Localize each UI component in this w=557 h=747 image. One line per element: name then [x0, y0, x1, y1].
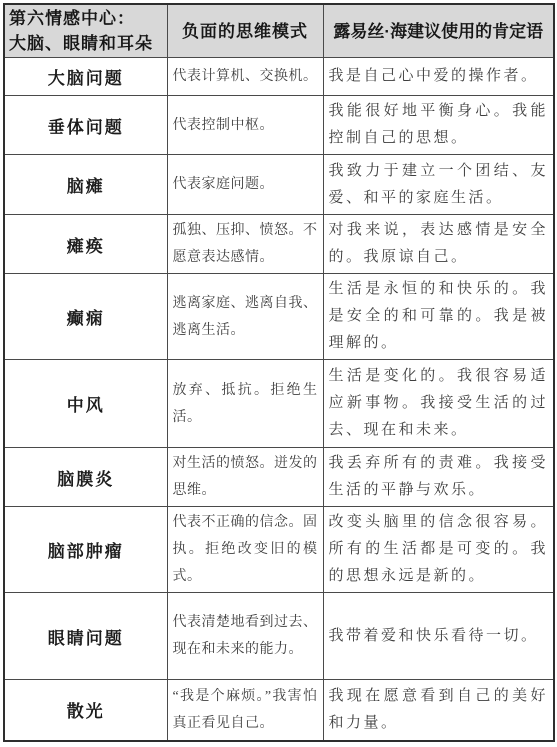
condition-cell: 眼睛问题: [4, 593, 167, 680]
negative-pattern-cell: 对生活的愤怒。迸发的思维。: [167, 448, 323, 507]
header-affirmation: 露易丝·海建议使用的肯定语: [323, 4, 554, 58]
scanned-document-page: 第六情感中心： 大脑、眼睛和耳朵 负面的思维模式 露易丝·海建议使用的肯定语 大…: [0, 0, 557, 747]
condition-cell: 垂体问题: [4, 96, 167, 155]
condition-cell: 脑膜炎: [4, 448, 167, 507]
negative-pattern-cell: 代表家庭问题。: [167, 155, 323, 215]
affirmation-cell: 我是自己心中爱的操作者。: [323, 58, 554, 96]
negative-pattern-cell: 代表清楚地看到过去、现在和未来的能力。: [167, 593, 323, 680]
negative-pattern-cell: 代表不正确的信念。固执。拒绝改变旧的模式。: [167, 507, 323, 593]
condition-cell: 脑瘫: [4, 155, 167, 215]
affirmation-cell: 我能很好地平衡身心。我能控制自己的思想。: [323, 96, 554, 155]
condition-cell: 瘫痪: [4, 215, 167, 274]
table-row: 垂体问题 代表控制中枢。 我能很好地平衡身心。我能控制自己的思想。: [4, 96, 554, 155]
header-emotional-center: 第六情感中心： 大脑、眼睛和耳朵: [4, 4, 167, 58]
table-row: 中风 放弃、抵抗。拒绝生活。 生活是变化的。我很容易适应新事物。我接受生活的过去…: [4, 360, 554, 448]
header-negative-pattern: 负面的思维模式: [167, 4, 323, 58]
affirmation-cell: 改变头脑里的信念很容易。所有的生活都是可变的。我的思想永远是新的。: [323, 507, 554, 593]
affirmation-cell: 对我来说，表达感情是安全的。我原谅自己。: [323, 215, 554, 274]
negative-pattern-cell: “我是个麻烦。”我害怕真正看见自己。: [167, 680, 323, 741]
negative-pattern-cell: 逃离家庭、逃离自我、逃离生活。: [167, 274, 323, 360]
affirmation-cell: 我现在愿意看到自己的美好和力量。: [323, 680, 554, 741]
table-row: 脑瘫 代表家庭问题。 我致力于建立一个团结、友爱、和平的家庭生活。: [4, 155, 554, 215]
affirmation-cell: 生活是变化的。我很容易适应新事物。我接受生活的过去、现在和未来。: [323, 360, 554, 448]
affirmation-cell: 我致力于建立一个团结、友爱、和平的家庭生活。: [323, 155, 554, 215]
condition-cell: 脑部肿瘤: [4, 507, 167, 593]
table-header-row: 第六情感中心： 大脑、眼睛和耳朵 负面的思维模式 露易丝·海建议使用的肯定语: [4, 4, 554, 58]
affirmation-cell: 我丢弃所有的责难。我接受生活的平静与欢乐。: [323, 448, 554, 507]
table-row: 眼睛问题 代表清楚地看到过去、现在和未来的能力。 我带着爱和快乐看待一切。: [4, 593, 554, 680]
table-row: 癫痫 逃离家庭、逃离自我、逃离生活。 生活是永恒的和快乐的。我是安全的和可靠的。…: [4, 274, 554, 360]
condition-cell: 中风: [4, 360, 167, 448]
table-row: 瘫痪 孤独、压抑、愤怒。不愿意表达感情。 对我来说，表达感情是安全的。我原谅自己…: [4, 215, 554, 274]
condition-cell: 散光: [4, 680, 167, 741]
affirmations-table: 第六情感中心： 大脑、眼睛和耳朵 负面的思维模式 露易丝·海建议使用的肯定语 大…: [3, 3, 555, 742]
negative-pattern-cell: 放弃、抵抗。拒绝生活。: [167, 360, 323, 448]
table-row: 脑部肿瘤 代表不正确的信念。固执。拒绝改变旧的模式。 改变头脑里的信念很容易。所…: [4, 507, 554, 593]
affirmation-cell: 我带着爱和快乐看待一切。: [323, 593, 554, 680]
table-row: 大脑问题 代表计算机、交换机。 我是自己心中爱的操作者。: [4, 58, 554, 96]
table-row: 脑膜炎 对生活的愤怒。迸发的思维。 我丢弃所有的责难。我接受生活的平静与欢乐。: [4, 448, 554, 507]
affirmation-cell: 生活是永恒的和快乐的。我是安全的和可靠的。我是被理解的。: [323, 274, 554, 360]
condition-cell: 癫痫: [4, 274, 167, 360]
negative-pattern-cell: 代表控制中枢。: [167, 96, 323, 155]
table-row: 散光 “我是个麻烦。”我害怕真正看见自己。 我现在愿意看到自己的美好和力量。: [4, 680, 554, 741]
negative-pattern-cell: 代表计算机、交换机。: [167, 58, 323, 96]
condition-cell: 大脑问题: [4, 58, 167, 96]
negative-pattern-cell: 孤独、压抑、愤怒。不愿意表达感情。: [167, 215, 323, 274]
